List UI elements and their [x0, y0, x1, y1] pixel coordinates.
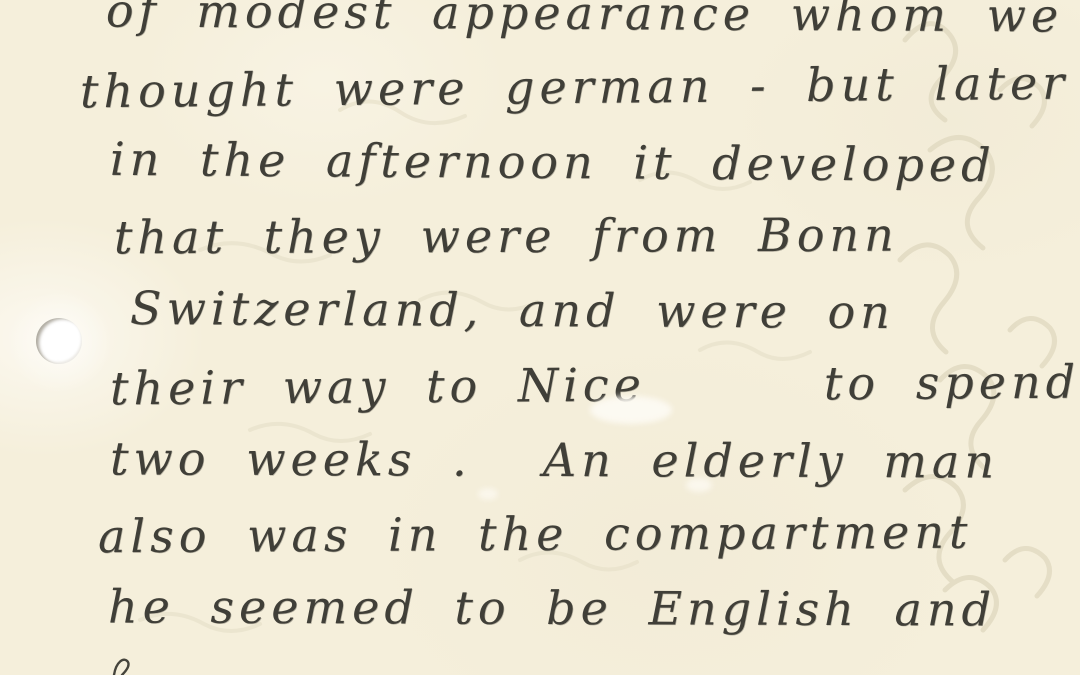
- handwritten-line-7: two weeks . An elderly man: [110, 429, 999, 492]
- letter-page: of modest appearance whom we thought wer…: [0, 0, 1080, 675]
- handwritten-line-5: Switzerland, and were on: [130, 279, 895, 343]
- handwritten-line-3: in the afternoon it developed: [110, 130, 996, 196]
- handwritten-line-1: of modest appearance whom we: [106, 0, 1063, 46]
- handwritten-line-2: thought were german - but later: [80, 54, 1070, 122]
- handwritten-line-4: that they were from Bonn: [114, 206, 899, 269]
- handwritten-line-6: their way to Nice to spend: [110, 353, 1080, 420]
- hole-punch: [36, 318, 82, 364]
- handwritten-line-8: also was in the compartment: [98, 503, 973, 567]
- partial-next-line-stroke: [112, 656, 138, 675]
- handwritten-line-9: he seemed to be English and: [108, 577, 996, 640]
